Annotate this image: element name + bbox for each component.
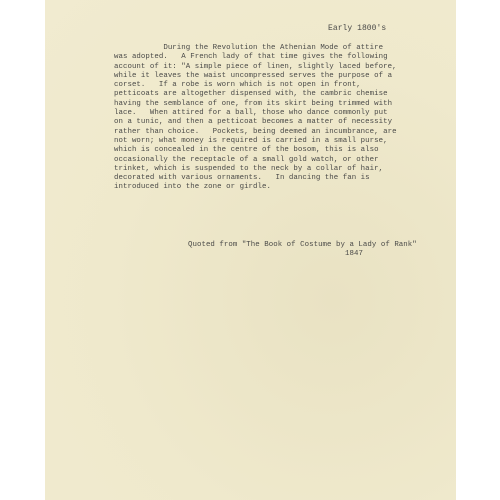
body-line: which is concealed in the centre of the … bbox=[114, 146, 397, 155]
body-line: not worn; what money is required is carr… bbox=[114, 137, 397, 146]
document-page: Early 1800's During the Revolution the A… bbox=[45, 0, 456, 500]
body-line: trinket, which is suspended to the neck … bbox=[114, 165, 397, 174]
body-line: account of it: "A simple piece of linen,… bbox=[114, 63, 397, 72]
body-line: on a tunic, and then a petticoat becomes… bbox=[114, 118, 397, 127]
body-line: decorated with various ornaments. In dan… bbox=[114, 174, 397, 183]
body-line: having the semblance of one, from its sk… bbox=[114, 100, 397, 109]
body-line: introduced into the zone or girdle. bbox=[114, 183, 397, 192]
body-line: while it leaves the waist uncompressed s… bbox=[114, 72, 397, 81]
body-line: During the Revolution the Athenian Mode … bbox=[114, 44, 397, 53]
date-heading: Early 1800's bbox=[328, 24, 386, 33]
body-line: occasionally the receptacle of a small g… bbox=[114, 156, 397, 165]
body-line: rather than choice. Pockets, being deeme… bbox=[114, 128, 397, 137]
attribution: Quoted from "The Book of Costume by a La… bbox=[188, 241, 417, 250]
body-line: corset. If a robe is worn which is not o… bbox=[114, 81, 397, 90]
body-line: lace. When attired for a ball, those who… bbox=[114, 109, 397, 118]
body-line: was adopted. A French lady of that time … bbox=[114, 53, 397, 62]
attribution-year: 1847 bbox=[345, 250, 363, 259]
body-text: During the Revolution the Athenian Mode … bbox=[114, 44, 397, 193]
body-line: petticoats are altogether dispensed with… bbox=[114, 90, 397, 99]
